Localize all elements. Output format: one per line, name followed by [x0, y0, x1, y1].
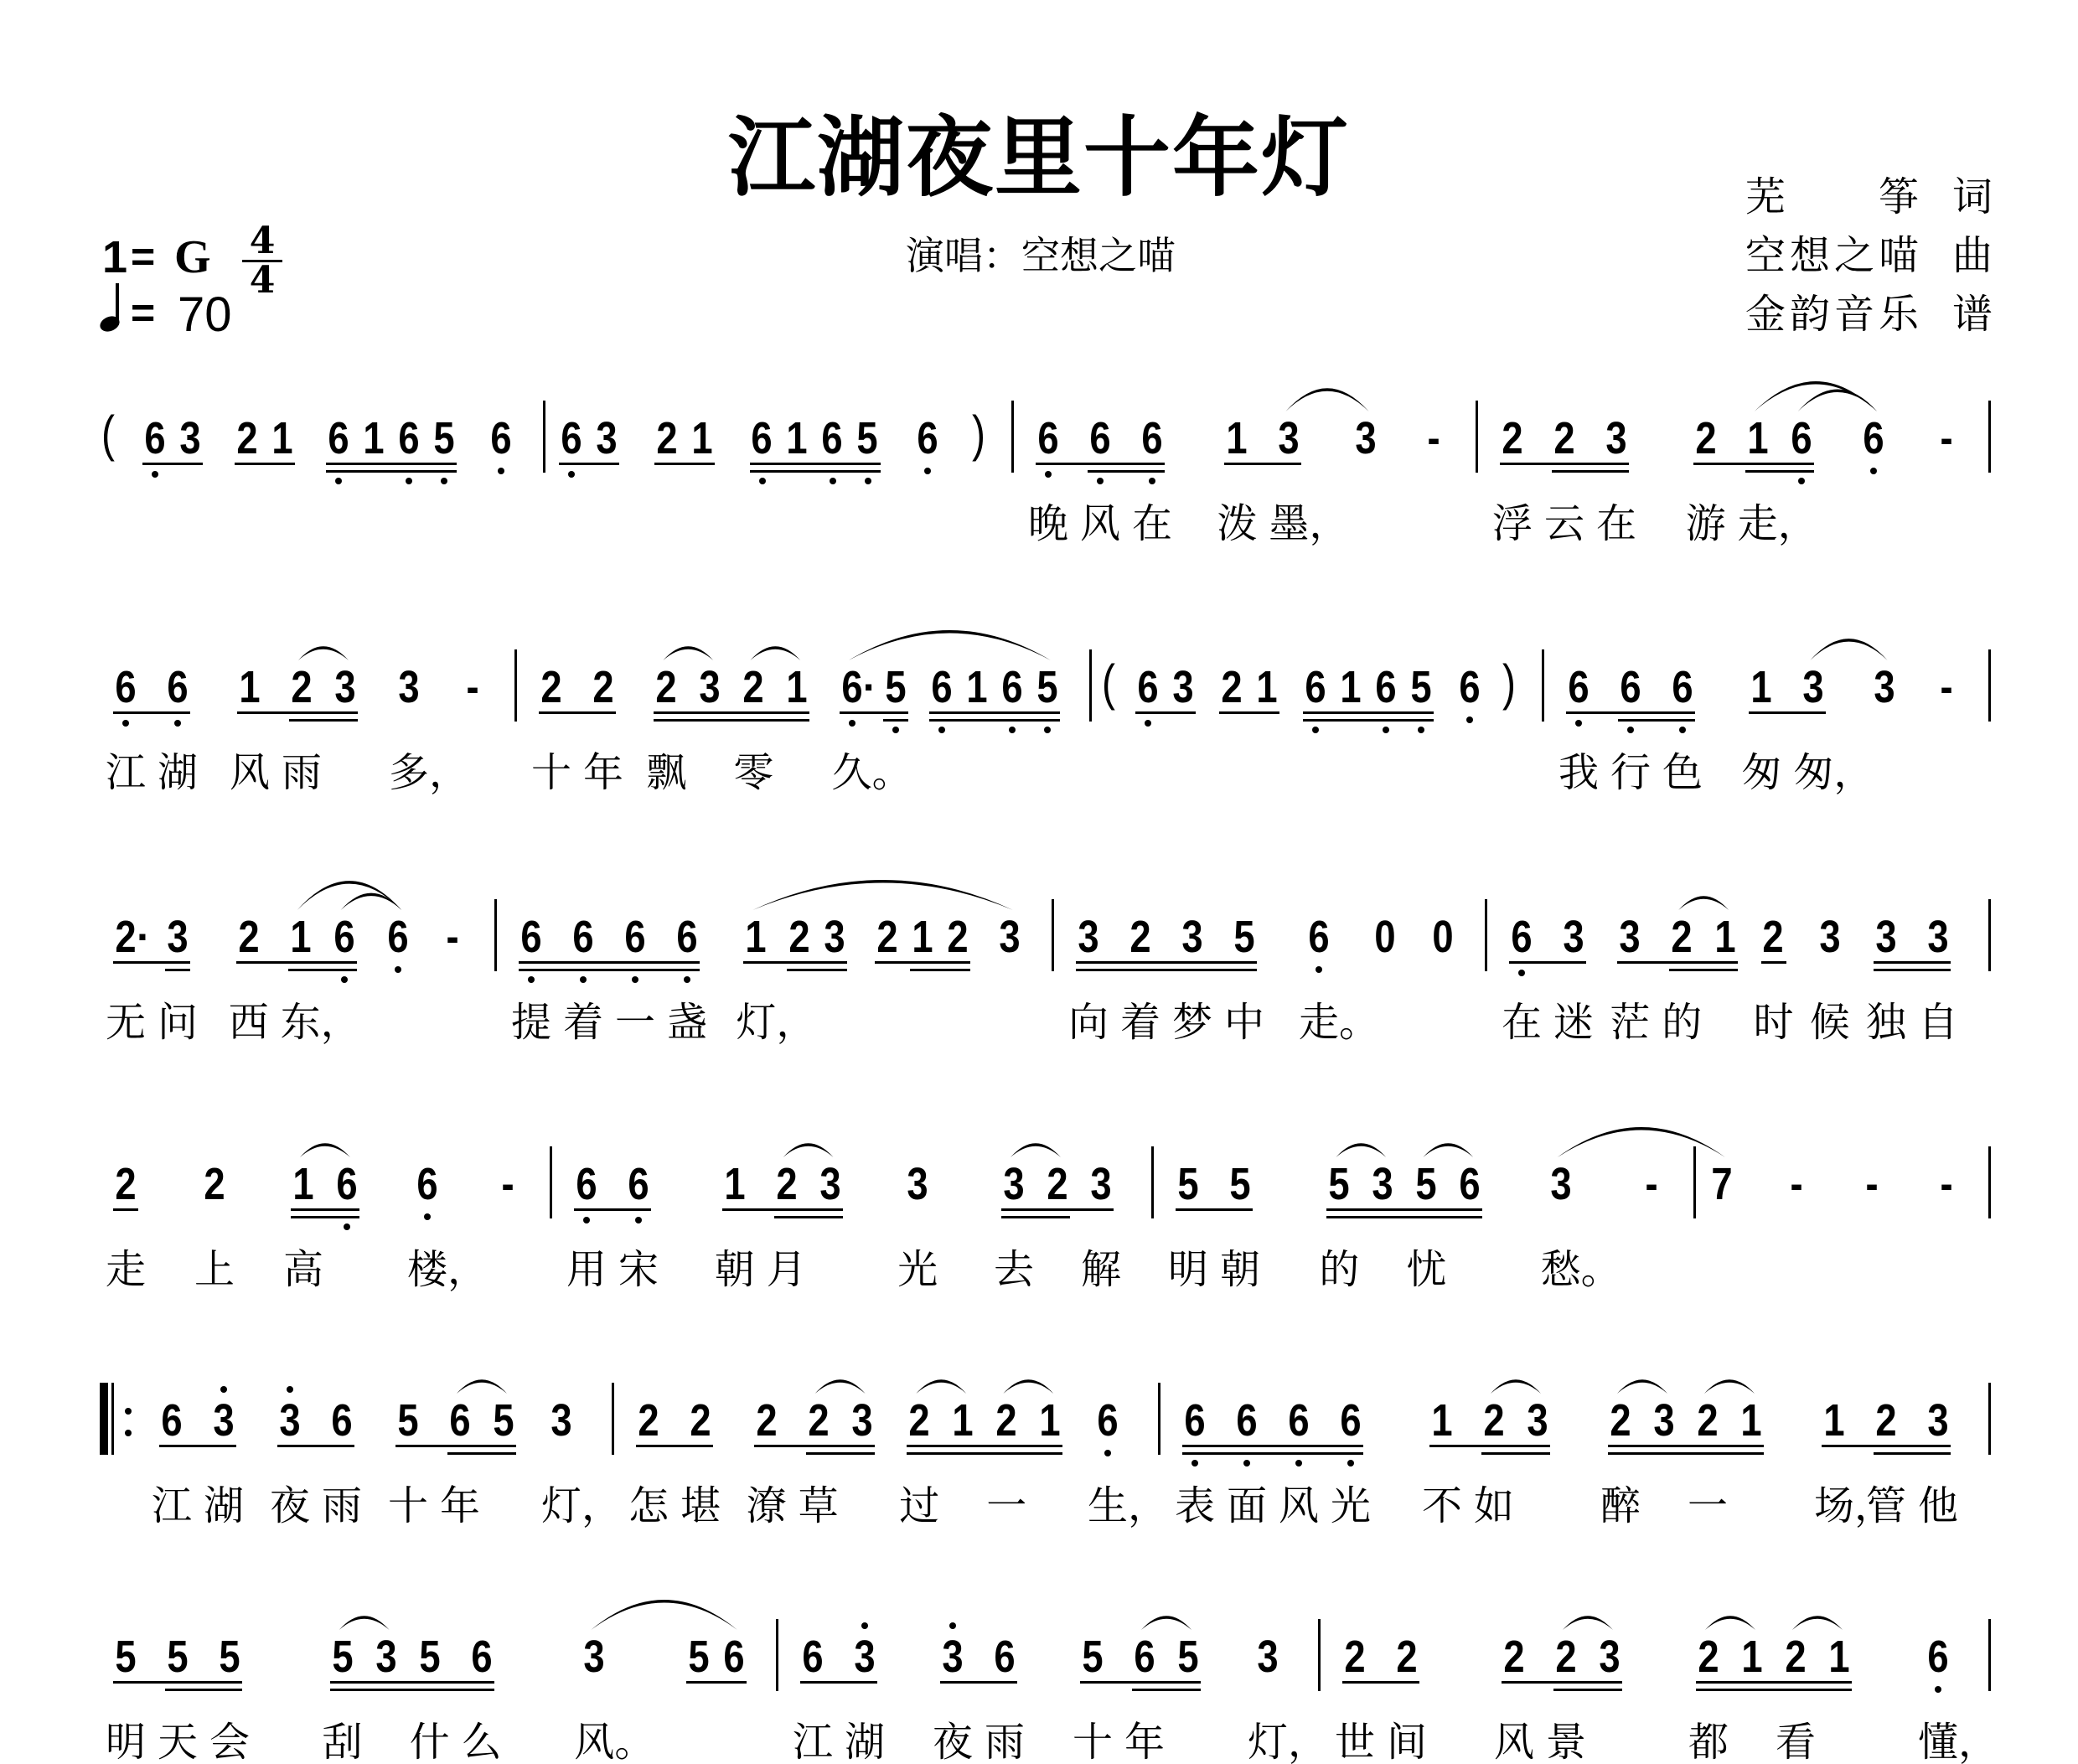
note: 5 — [426, 401, 462, 459]
beam-underline — [291, 1216, 329, 1218]
lyric-char: 懂 — [1918, 1719, 1958, 1764]
beam-underline — [391, 463, 426, 465]
note: 6江 — [100, 649, 152, 797]
lyric-char: 游 — [1686, 500, 1726, 547]
beam-underline — [1263, 463, 1301, 465]
note-digit-box: 6 — [800, 1636, 825, 1678]
dash: - — [1416, 401, 1451, 459]
note-digit-box: 6· — [840, 666, 865, 708]
note: 1 — [779, 649, 814, 708]
octave-dot-below — [865, 478, 871, 484]
beat-group: 21 — [649, 401, 720, 459]
note-digit: 6 — [1791, 417, 1812, 459]
beam-underline — [1182, 1445, 1221, 1447]
octave-dot-below — [1097, 478, 1104, 484]
note-digit-box: 2 — [994, 1399, 1019, 1441]
lyric-char: 生 — [1088, 1482, 1128, 1529]
note-digit-box: 3 — [1180, 916, 1205, 958]
note-digit: 6 — [1001, 666, 1022, 708]
note-digit: 6 — [802, 1636, 823, 1678]
lyric-char: 走 — [1299, 999, 1339, 1046]
note-digit: 6 — [328, 417, 349, 459]
beam-underline — [1590, 470, 1629, 473]
note-digit-box: 0 — [1372, 916, 1398, 958]
lyric-char: 湖 — [204, 1482, 244, 1529]
time-signature-beats: 4 — [250, 223, 276, 260]
note-digit-box: 6 — [675, 916, 700, 958]
note: 6 — [716, 1619, 752, 1678]
lyric-syllable: 茫 — [1610, 998, 1650, 1047]
beam-underline — [1734, 1681, 1770, 1684]
beam-underline — [636, 1445, 675, 1447]
beam-underline — [1734, 1445, 1764, 1447]
beat-group: - — [1416, 401, 1451, 459]
octave-dot-below — [1383, 727, 1389, 733]
lyric-syllable: 去 — [994, 1245, 1034, 1294]
note: 1 — [959, 649, 995, 708]
lyric-syllable: 匆 — [1741, 748, 1781, 797]
octave-dot-below — [924, 468, 931, 474]
note-digit-box: 2 — [235, 417, 260, 459]
note: 3灯， — [535, 1383, 587, 1530]
beam-underline — [1912, 969, 1951, 971]
note-digit-box: 3 — [582, 1636, 607, 1678]
note-digit-box: 6 — [165, 666, 190, 708]
note-digit-box: - — [1426, 417, 1441, 459]
beat-group: 6165 — [924, 649, 1065, 708]
note-digit: 6 — [561, 417, 582, 459]
beat-group: 0 — [1425, 899, 1460, 958]
beat-group: - — [455, 649, 490, 708]
note: 1风 — [224, 649, 276, 797]
beam-underline — [152, 711, 190, 714]
lyric-syllable: 灯， — [736, 998, 776, 1047]
note: 6 — [1298, 649, 1333, 708]
note: 2月 — [761, 1146, 813, 1294]
beam-underline — [1074, 463, 1126, 465]
lyric-syllable: 解 — [1081, 1245, 1121, 1294]
beat-group: 2十2年 — [525, 649, 629, 797]
beam-underline — [692, 711, 727, 714]
note-digit: 2 — [592, 666, 613, 708]
note-digit-box: 3 — [1617, 916, 1642, 958]
note: 3墨， — [1263, 401, 1315, 548]
note-digit: 6 — [1305, 666, 1326, 708]
extension-dash: - — [1645, 1163, 1657, 1205]
tempo-equals: = — [131, 292, 155, 334]
beam-underline — [727, 711, 779, 714]
note-digit: 3 — [213, 1399, 234, 1441]
note-digit: 2 — [291, 666, 312, 708]
beat-group: 6晚6风6在 — [1022, 401, 1178, 548]
beam-underline — [1874, 969, 1912, 971]
note-digit-box: 6 — [1861, 417, 1886, 459]
note-digit-box: 2 — [875, 916, 900, 958]
beam-underline — [456, 1681, 494, 1684]
beam-underline — [395, 1445, 434, 1447]
lyric-char: 东 — [281, 999, 321, 1046]
note: 7 — [1704, 1146, 1739, 1205]
note-digit: 3 — [1620, 916, 1641, 958]
note-digit-box: 6 — [1338, 1399, 1363, 1441]
extension-dash: - — [1940, 1163, 1952, 1205]
lyric-syllable: 在 — [1502, 998, 1542, 1047]
note-digit-box: 2 — [1874, 1399, 1899, 1441]
lyric-syllable: 不 — [1422, 1482, 1462, 1530]
beam-underline — [1912, 961, 1951, 964]
note-digit: 3 — [398, 666, 419, 708]
note: 1 — [1734, 1383, 1769, 1441]
beam-underline — [1822, 1689, 1852, 1691]
beam-underline — [940, 969, 970, 971]
note-digit: 1 — [1740, 1399, 1761, 1441]
octave-dot-below — [1679, 727, 1686, 733]
note-digit: 6 — [931, 666, 952, 708]
beam-underline — [1646, 1452, 1682, 1455]
barline — [1988, 1146, 1991, 1218]
rest: 0 — [1367, 899, 1403, 958]
beat-group: 5明5朝 — [1162, 1146, 1266, 1294]
beam-underline — [1303, 719, 1333, 722]
note-digit: 3 — [1927, 916, 1948, 958]
octave-dot-below — [1935, 1686, 1941, 1693]
beam-underline — [1784, 470, 1814, 473]
note: 1 — [1249, 649, 1285, 708]
lyric-syllable: 自 — [1918, 998, 1958, 1047]
lyric-syllable: 色 — [1662, 748, 1703, 797]
beat-group: 1不2如3 — [1416, 1383, 1555, 1530]
beam-underline — [236, 961, 275, 964]
note-digit-box: 3 — [1353, 417, 1378, 459]
beam-underline — [329, 1208, 359, 1211]
beam-underline — [316, 1445, 354, 1447]
dash: - — [1929, 401, 1964, 459]
performer-credit: 演唱：空想之喵 — [906, 232, 1176, 279]
lyric-char: 梦 — [1172, 999, 1212, 1046]
octave-dot-below — [1243, 1460, 1250, 1467]
beam-underline — [113, 1681, 152, 1684]
note: 2 — [230, 401, 265, 459]
note-digit-box: 1 — [1429, 1399, 1455, 1441]
beat-group: 6 — [1452, 649, 1487, 708]
note-digit: 5 — [419, 1636, 440, 1678]
lyric-syllable: 生， — [1088, 1482, 1128, 1530]
note-digit: 2 — [789, 916, 810, 958]
note-digit-box: 6 — [113, 666, 138, 708]
note-digit-box: 3 — [822, 916, 847, 958]
note-digit: 3 — [854, 1636, 875, 1678]
note-digit: 1 — [271, 417, 292, 459]
extension-dash: - — [1940, 417, 1952, 459]
note-digit: 2 — [236, 417, 257, 459]
beat-group: 6165 — [1298, 649, 1439, 708]
note-digit: 1 — [364, 417, 385, 459]
note: 3 — [817, 899, 852, 958]
note-digit: 3 — [1172, 666, 1193, 708]
beam-underline — [539, 711, 577, 714]
note-digit-box: 2· — [113, 916, 138, 958]
note-digit-box: 1 — [288, 916, 313, 958]
note-digit-box: 5 — [1176, 1163, 1201, 1205]
beam-underline — [204, 1681, 242, 1684]
note: 6着 — [557, 899, 609, 1047]
lyric-char: 风 — [230, 749, 270, 796]
beam-underline — [369, 1681, 404, 1684]
note: 6在 — [1496, 899, 1548, 1047]
lyric-syllable: 朝 — [715, 1245, 755, 1294]
lyric-syllable: 江 — [106, 748, 146, 797]
note-digit: 2 — [115, 1163, 136, 1205]
note-digit: 3 — [167, 916, 188, 958]
note-digit-box: 1 — [784, 666, 809, 708]
note-digit: 3 — [1599, 1636, 1620, 1678]
lyric-syllable: 云 — [1544, 499, 1584, 548]
octave-dot-below — [395, 966, 401, 973]
beam-underline — [1452, 1208, 1482, 1211]
beam-underline — [1787, 711, 1826, 714]
beam-underline — [1088, 470, 1126, 473]
beam-underline — [1468, 1445, 1520, 1447]
beam-underline — [1761, 961, 1786, 964]
note-digit: 6 — [624, 916, 645, 958]
lyric-char: 都 — [1688, 1719, 1729, 1764]
measure: 6在3迷3茫2的12时3候3独3自 — [1486, 899, 1989, 1050]
lyric-char: 解 — [1081, 1246, 1121, 1293]
beat-group: 6江3湖 — [787, 1619, 891, 1764]
beat-group: 2世2间 — [1329, 1619, 1433, 1764]
beat-group: 212 — [870, 899, 975, 958]
note-digit-box: 3 — [1370, 1163, 1395, 1205]
lyric-syllable: 一 — [1688, 1482, 1728, 1530]
note-digit-box: 3 — [1604, 417, 1629, 459]
note-digit: 1 — [1256, 666, 1277, 708]
measure: 6我6行6色1匆3匆，3- — [1543, 649, 1989, 800]
beam-underline — [404, 1681, 456, 1684]
note-digit: 6 — [145, 417, 166, 459]
beam-underline — [1221, 1445, 1273, 1447]
note-digit: 6 — [1308, 916, 1329, 958]
beat-group: 3茫2的1 — [1604, 899, 1743, 1047]
beam-underline — [574, 1208, 613, 1211]
lyric-char: 风 — [574, 1719, 614, 1764]
beam-underline — [1030, 719, 1060, 722]
lyric-char: 管 — [1866, 1482, 1906, 1529]
lyric-syllable: 十 — [1073, 1718, 1113, 1764]
beam-underline — [1403, 711, 1434, 714]
beat-group: 2西1东，6 — [223, 899, 362, 1047]
key-equals: = — [131, 235, 155, 277]
note: 2 — [1214, 649, 1249, 708]
note: 3 — [845, 1383, 880, 1441]
note: 2醉 — [1595, 1383, 1646, 1530]
note: 3 — [369, 1619, 404, 1678]
lyric-punctuation: 。 — [1339, 998, 1379, 1047]
beat-group: 63 — [554, 401, 624, 459]
note: 6 — [329, 1146, 364, 1205]
note: 5 — [1403, 649, 1439, 708]
note: 6走。 — [1293, 899, 1345, 1047]
note-digit-box: 5 — [330, 1636, 355, 1678]
beat-group: 5的35忧6 — [1313, 1146, 1487, 1294]
note-digit: 3 — [1819, 916, 1840, 958]
beam-underline — [1176, 1208, 1214, 1211]
beam-underline — [486, 1445, 516, 1447]
lyric-char: 明 — [1168, 1246, 1208, 1293]
beam-underline — [1076, 969, 1114, 971]
lyric-char: 无 — [106, 999, 146, 1046]
lyric-char: 西 — [229, 999, 269, 1046]
note-digit-box: 6 — [1234, 1399, 1259, 1441]
octave-dot-below — [341, 976, 348, 983]
beat-group: 63 — [137, 401, 208, 459]
beat-group: 2怎2堪 — [623, 1383, 726, 1530]
lyric-char: 愁 — [1541, 1246, 1581, 1293]
note-digit: 1 — [746, 916, 767, 958]
lyric-syllable: 问 — [158, 998, 198, 1047]
note-digit: 2 — [690, 1399, 711, 1441]
note: 5明 — [100, 1619, 152, 1764]
beam-underline — [661, 961, 700, 964]
extension-dash: - — [1427, 417, 1440, 459]
lyric-syllable: 飘 — [646, 748, 686, 797]
lyric-char: 什 — [410, 1719, 450, 1764]
note-digit: 6 — [520, 916, 541, 958]
beam-underline — [1303, 711, 1333, 714]
beam-underline — [806, 1452, 845, 1455]
note-digit: 3 — [1279, 417, 1300, 459]
note: 2看 — [1770, 1619, 1822, 1764]
note: 2潦 — [741, 1383, 793, 1530]
note-digit-box: 6 — [159, 1399, 184, 1441]
lyric-syllable: 用 — [566, 1245, 607, 1294]
note: 6色 — [1657, 649, 1708, 797]
open-paren: ( — [101, 409, 115, 459]
beam-underline — [1912, 1445, 1951, 1447]
beam-underline — [1566, 711, 1605, 714]
lyric-punctuation: ， — [1309, 499, 1349, 548]
beam-underline — [369, 1689, 404, 1691]
beam-underline — [447, 1452, 486, 1455]
note: 6 — [1130, 649, 1166, 708]
note: 6 — [1452, 1146, 1487, 1205]
lyric-syllable: 醉 — [1600, 1482, 1641, 1530]
barline — [1988, 899, 1991, 971]
note-digit-box: 5 — [217, 1636, 242, 1678]
beam-underline — [113, 961, 152, 964]
note-digit-box: 3 — [1561, 916, 1586, 958]
lyric-syllable: 天 — [158, 1718, 198, 1764]
beam-underline — [1669, 969, 1708, 971]
lyric-syllable: 面 — [1227, 1482, 1267, 1530]
beam-underline — [1224, 463, 1263, 465]
note-digit-box: 5 — [1035, 666, 1060, 708]
beat-group: 6懂， — [1912, 1619, 1964, 1764]
lyric-punctuation: 。 — [614, 1718, 654, 1764]
note: 6楼， — [401, 1146, 453, 1294]
lyric-char: 去 — [994, 1246, 1034, 1293]
beat-group: - — [1779, 1146, 1814, 1205]
note: 1不 — [1416, 1383, 1468, 1530]
note-digit: 6 — [1340, 1399, 1361, 1441]
beat-group: 2都12看1 — [1683, 1619, 1857, 1764]
note-digit-box: 2 — [1552, 417, 1577, 459]
note-digit-box: 3 — [277, 1399, 302, 1441]
note: 2雨 — [276, 649, 328, 797]
note-digit-box: 1 — [1254, 666, 1279, 708]
lyric-char: 一 — [986, 1482, 1026, 1529]
beam-underline — [779, 719, 809, 722]
note-digit: 6 — [752, 417, 773, 459]
note-digit: 2 — [776, 1163, 797, 1205]
beam-underline — [1219, 711, 1249, 714]
beam-underline — [276, 711, 328, 714]
extension-dash: - — [466, 666, 478, 708]
octave-dot-below — [1798, 478, 1805, 484]
note-digit-box: 3 — [1652, 1399, 1677, 1441]
beam-underline — [1538, 463, 1590, 465]
lyric-syllable: 他 — [1918, 1482, 1958, 1530]
note-digit: 5 — [1036, 666, 1057, 708]
note-digit-box: 1 — [910, 916, 935, 958]
measure: 3向2着3梦5中6走。00 — [1052, 899, 1486, 1050]
beam-underline — [929, 719, 959, 722]
beam-underline — [113, 1208, 138, 1211]
lyric-syllable: 雨 — [282, 748, 322, 797]
octave-dot-below — [583, 1217, 590, 1223]
note-digit-box: 3 — [1525, 1399, 1550, 1441]
beam-underline — [1036, 463, 1074, 465]
lyric-syllable: 月 — [767, 1245, 807, 1294]
note-digit: 1 — [1741, 1636, 1762, 1678]
lyric-char: 自 — [1918, 999, 1958, 1046]
note-digit: 2 — [743, 666, 764, 708]
octave-dot-below — [849, 720, 855, 727]
note-digit: 6 — [1288, 1399, 1309, 1441]
beat-group: 3灯， — [535, 1383, 587, 1530]
lyric-char: 雨 — [322, 1482, 362, 1529]
note: 6 — [380, 899, 416, 958]
note-digit: 6 — [471, 1636, 492, 1678]
beam-underline — [817, 961, 847, 964]
note-digit-box: 5 — [491, 1399, 516, 1441]
note-digit-box: 1 — [237, 666, 262, 708]
beat-group: 2走 — [100, 1146, 152, 1294]
beam-underline — [557, 961, 609, 964]
lyric-punctuation: ， — [1833, 748, 1874, 797]
octave-dot-below — [1418, 727, 1424, 733]
rest-digit: 0 — [1432, 916, 1453, 958]
lyric-syllable: 湖 — [158, 748, 198, 797]
beam-underline — [1552, 470, 1590, 473]
beam-underline — [275, 961, 327, 964]
lyric-char: 面 — [1227, 1482, 1267, 1529]
note-digit-box: 6 — [571, 916, 596, 958]
note-digit: 6 — [167, 666, 188, 708]
note: 3候 — [1804, 899, 1856, 1047]
note-digit-box: 1 — [784, 417, 809, 459]
note-digit-box: 5 — [1080, 1636, 1105, 1678]
note: 6年 — [434, 1383, 486, 1530]
beam-underline — [1381, 1681, 1419, 1684]
lyric-char: 零 — [733, 749, 773, 796]
lyric-syllable: 草 — [799, 1482, 839, 1530]
time-signature: 4 4 — [241, 223, 283, 299]
system-2: 6江6湖1风2雨33多，-2十2年2飘32零16·久。56165(6321616… — [100, 649, 1989, 800]
beat-group: 2时 — [1748, 899, 1800, 1047]
lyric-syllable: 江 — [793, 1718, 833, 1764]
beam-underline — [328, 711, 358, 714]
note-digit: 2 — [238, 916, 259, 958]
